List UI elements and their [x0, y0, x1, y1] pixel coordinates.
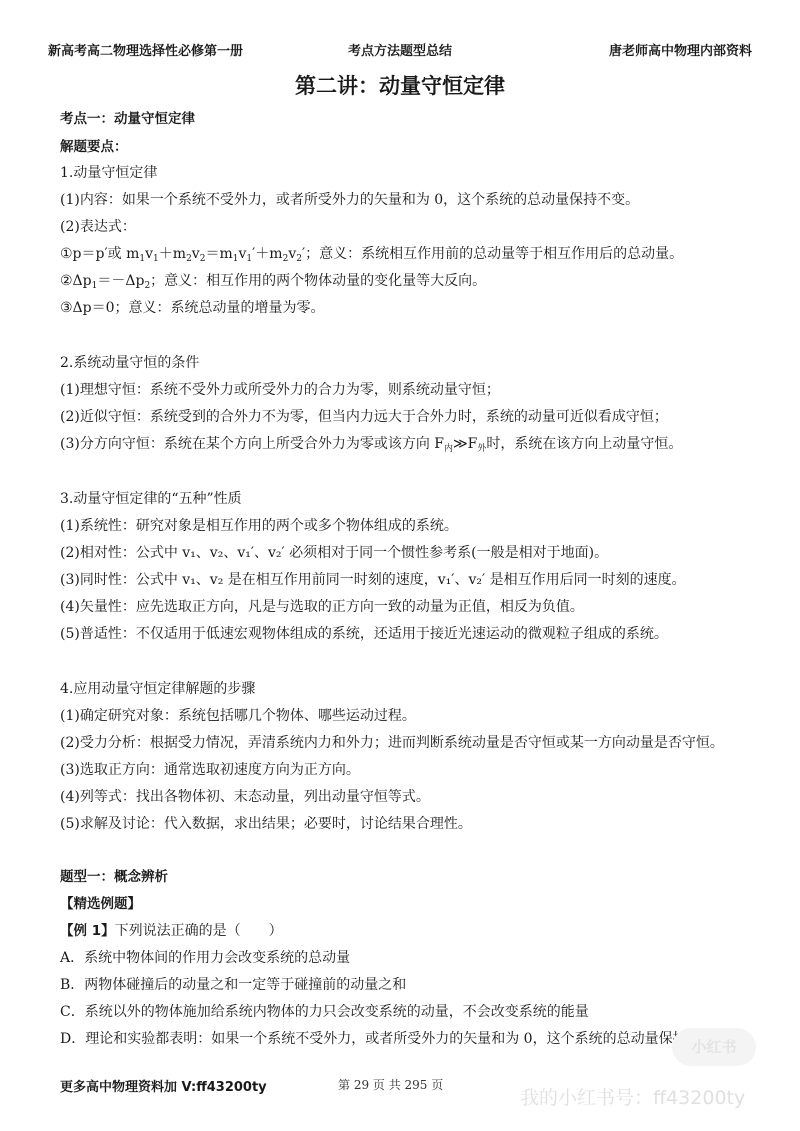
expr2-suffix: ；意义：相互作用的两个物体动量的变化量等大反向。	[150, 273, 486, 289]
example-1: 【例 1】下列说法正确的是（ ）	[60, 922, 283, 940]
part4-item: (2)受力分析：根据受力情况，弄清系统内力和外力；进而判断系统动量是否守恒或某一…	[60, 734, 724, 752]
footer-contact: 更多高中物理资料加 V:ff43200ty	[60, 1076, 267, 1095]
page-title: 第二讲：动量守恒定律	[0, 70, 800, 100]
option-d: D．理论和实验都表明：如果一个系统不受外力，或者所受外力的矢量和为 0，这个系统…	[60, 1030, 735, 1048]
part3-item: (3)同时性：公式中 v₁、v₂ 是在相互作用前同一时刻的速度，v₁′、v₂′ …	[60, 571, 686, 589]
question-type-heading: 题型一：概念辨析	[60, 868, 168, 886]
part2-item: (1)理想守恒：系统不受外力或所受外力的合力为零，则系统动量守恒；	[60, 381, 500, 399]
item3-prefix: (3)分方向守恒：系统在某个方向上所受合外力为零或该方向 F	[60, 436, 444, 452]
part1-heading: 1.动量守恒定律	[60, 164, 157, 182]
option-d-text: D．理论和实验都表明：如果一个系统不受外力，或者所受外力的矢量和为 0，这个系统…	[60, 1031, 687, 1047]
selected-examples-label: 【精选例题】	[60, 895, 141, 913]
header-left: 新高考高二物理选择性必修第一册	[48, 40, 243, 59]
item3-suffix: 时，系统在该方向上动量守恒。	[486, 436, 682, 452]
subheading: 解题要点：	[60, 138, 128, 156]
part1-expr-label: (2)表达式：	[60, 218, 136, 236]
option-b: B．两物体碰撞后的动量之和一定等于碰撞前的动量之和	[60, 976, 406, 994]
section-heading: 考点一：动量守恒定律	[60, 110, 195, 128]
item3-mid: ≫F	[453, 436, 477, 452]
example-stem: 下列说法正确的是（ ）	[115, 923, 283, 939]
part1-expr3: ③Δp＝0；意义：系统总动量的增量为零。	[60, 299, 325, 317]
part1-content: (1)内容：如果一个系统不受外力，或者所受外力的矢量和为 0，这个系统的总动量保…	[60, 191, 639, 209]
part4-heading: 4.应用动量守恒定律解题的步骤	[60, 680, 255, 698]
watermark-text: 我的小红书号：ff43200ty	[520, 1083, 745, 1110]
part4-item: (4)列等式：找出各物体初、末态动量，列出动量守恒等式。	[60, 788, 430, 806]
option-a: A．系统中物体间的作用力会改变系统的总动量	[60, 949, 350, 967]
header-right: 唐老师高中物理内部资料	[609, 40, 752, 59]
page-number: 第 29 页 共 295 页	[338, 1076, 443, 1093]
part4-item: (5)求解及讨论：代入数据，求出结果；必要时，讨论结果合理性。	[60, 815, 472, 833]
part1-expr2: ②Δp1＝－Δp2；意义：相互作用的两个物体动量的变化量等大反向。	[60, 272, 486, 290]
part3-item: (5)普适性：不仅适用于低速宏观物体组成的系统，还适用于接近光速运动的微观粒子组…	[60, 625, 668, 643]
expr1-prefix: ①p＝p′或	[60, 246, 126, 262]
part2-heading: 2.系统动量守恒的条件	[60, 354, 199, 372]
page-header: 新高考高二物理选择性必修第一册 考点方法题型总结 唐老师高中物理内部资料	[0, 40, 800, 62]
watermark-badge: 小红书	[672, 1028, 756, 1066]
part1-expr1: ①p＝p′或 m1v1＋m2v2＝m1v1′＋m2v2′；意义：系统相互作用前的…	[60, 245, 683, 263]
part3-item: (2)相对性：公式中 v₁、v₂、v₁′、v₂′ 必须相对于同一个惯性参考系(一…	[60, 544, 608, 562]
part4-item: (1)确定研究对象：系统包括哪几个物体、哪些运动过程。	[60, 707, 416, 725]
part2-item: (3)分方向守恒：系统在某个方向上所受合外力为零或该方向 F内≫F外时，系统在该…	[60, 435, 682, 453]
example-label: 【例 1】	[60, 923, 115, 939]
part2-item: (2)近似守恒：系统受到的合外力不为零，但当内力远大于合外力时，系统的动量可近似…	[60, 408, 668, 426]
part3-item: (4)矢量性：应先选取正方向，凡是与选取的正方向一致的动量为正值，相反为负值。	[60, 598, 584, 616]
expr1-suffix: ；意义：系统相互作用前的总动量等于相互作用后的总动量。	[305, 246, 683, 262]
part3-heading: 3.动量守恒定律的“五种”性质	[60, 490, 242, 508]
part3-item: (1)系统性：研究对象是相互作用的两个或多个物体组成的系统。	[60, 517, 458, 535]
header-center: 考点方法题型总结	[246, 40, 554, 59]
subscript-internal: 内	[444, 444, 453, 454]
part4-item: (3)选取正方向：通常选取初速度方向为正方向。	[60, 761, 360, 779]
option-c: C．系统以外的物体施加给系统内物体的力只会改变系统的动量，不会改变系统的能量	[60, 1003, 589, 1021]
